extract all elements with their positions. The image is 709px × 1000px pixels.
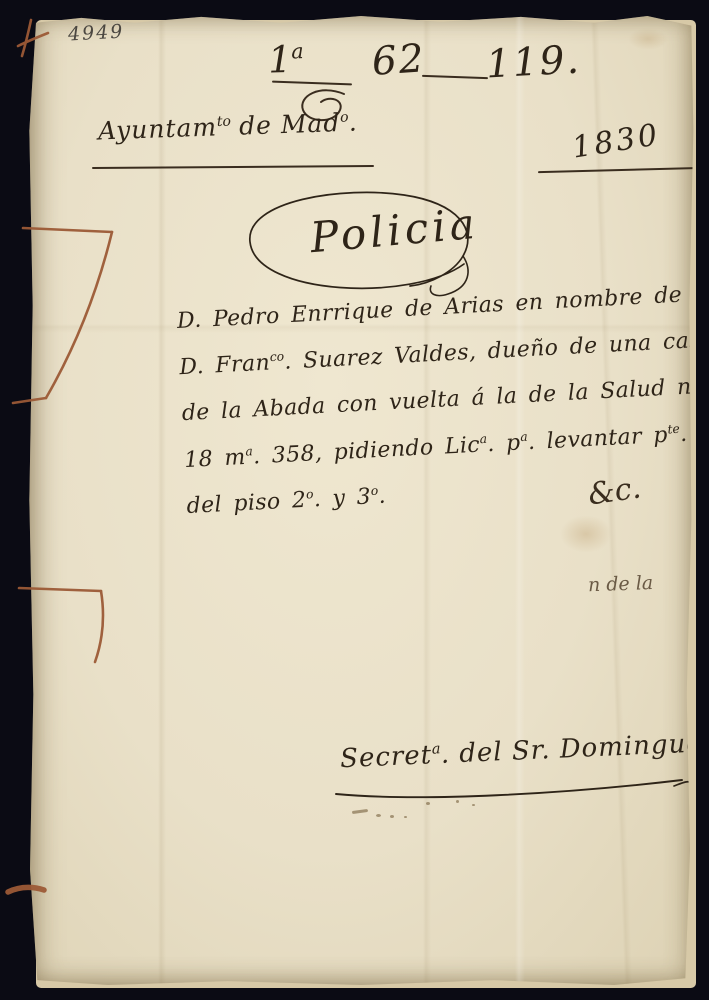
paper-sheet: 4949 1a 62 119. Ayuntamtode Mado. 1830 P… <box>28 14 694 986</box>
petition-line-3-text: . <box>698 374 707 399</box>
office-title: Ayuntamtode Mado. <box>98 107 359 145</box>
petition-line-4-text: 18 m <box>184 445 247 473</box>
petition-line-4-text: . p <box>487 430 522 457</box>
series-number: 1a <box>267 37 304 81</box>
pencil-archive-number: 4949 <box>67 21 124 46</box>
secretary-signature: Secreta. del Sr. Dominguez <box>340 728 709 774</box>
folio-number: 119. <box>485 38 582 88</box>
office-underline <box>92 165 374 169</box>
ink-spatter <box>376 814 381 817</box>
office-period: . <box>348 107 358 136</box>
signature-text: Secret <box>340 740 433 774</box>
foxing-stain <box>628 28 668 50</box>
petition-line-5-text: . y 3 <box>313 484 372 512</box>
petition-line-2-text: D. Fran <box>179 351 271 381</box>
series-number-sup: a <box>291 39 304 63</box>
series-underline <box>272 81 352 86</box>
ink-spatter <box>472 804 475 806</box>
year-underline <box>538 167 706 173</box>
ink-spatter <box>352 809 368 814</box>
signature-underline <box>330 774 700 808</box>
ink-spatter <box>456 800 459 803</box>
foxing-stain <box>560 515 612 553</box>
ink-spatter <box>404 816 407 818</box>
ink-spatter <box>426 802 430 805</box>
bundle-number: 62 <box>370 36 427 85</box>
series-number-value: 1 <box>267 38 292 82</box>
signature-text: . del Sr. Dominguez <box>440 728 709 770</box>
ink-spatter <box>390 815 394 818</box>
petition-line-5-text: . <box>378 484 387 509</box>
bundle-underline <box>422 75 488 79</box>
petition-line-5-text: del piso 2 <box>186 488 307 519</box>
year: 1830 <box>570 117 663 165</box>
petition-line-4-text: . levantar p <box>527 422 668 454</box>
petition-line-2-sup: co <box>269 349 284 364</box>
office-name-sup: to <box>217 114 232 130</box>
office-name: Ayuntam <box>98 112 218 145</box>
petition-line-4-text: . 358, pidiendo Lic <box>252 432 480 469</box>
petition-line-4-text: . <box>679 421 688 446</box>
office-place: de Mad <box>239 108 341 141</box>
etcetera-mark: &c. <box>586 470 643 512</box>
